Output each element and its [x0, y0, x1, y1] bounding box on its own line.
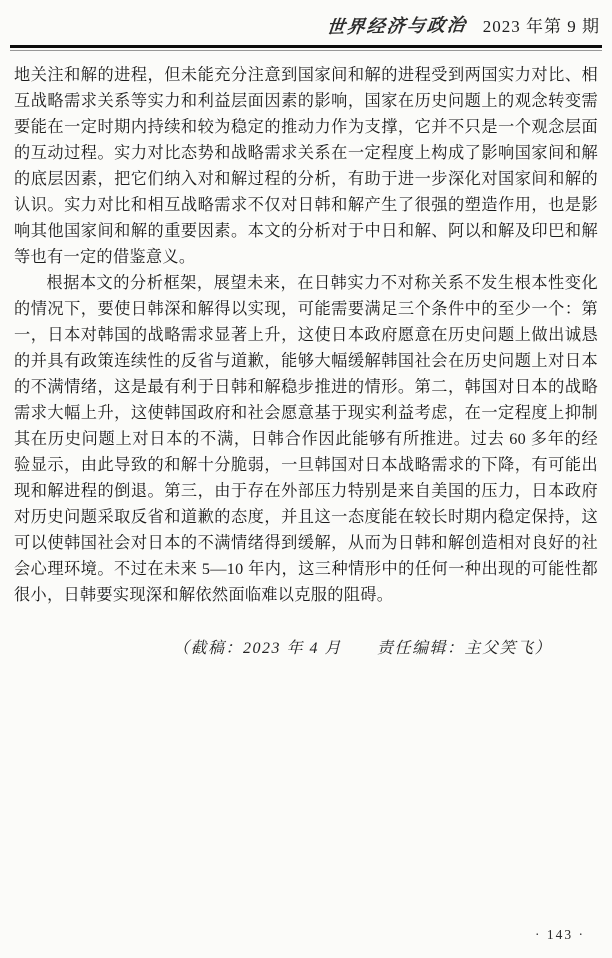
header-rule-thick-line [10, 45, 602, 48]
paragraph-outlook: 根据本文的分析框架，展望未来，在日韩实力不对称关系不发生根本性变化的情况下，要使… [14, 270, 598, 608]
article-body: 地关注和解的进程，但未能充分注意到国家间和解的进程受到两国实力对比、相互战略需求… [0, 51, 612, 658]
journal-logo: 世界经济与政治 [325, 11, 468, 39]
page-number: · 143 · [535, 927, 585, 943]
scanned-journal-page: 世界经济与政治 2023 年第 9 期 地关注和解的进程，但未能充分注意到国家间… [0, 0, 612, 958]
issue-label: 2023 年第 9 期 [483, 12, 600, 37]
editorial-note: （截稿：2023 年 4 月 责任编辑：主父笑飞） [14, 635, 598, 658]
paragraph-continuation: 地关注和解的进程，但未能充分注意到国家间和解的进程受到两国实力对比、相互战略需求… [14, 62, 598, 270]
page-header: 世界经济与政治 2023 年第 9 期 [0, 0, 612, 38]
